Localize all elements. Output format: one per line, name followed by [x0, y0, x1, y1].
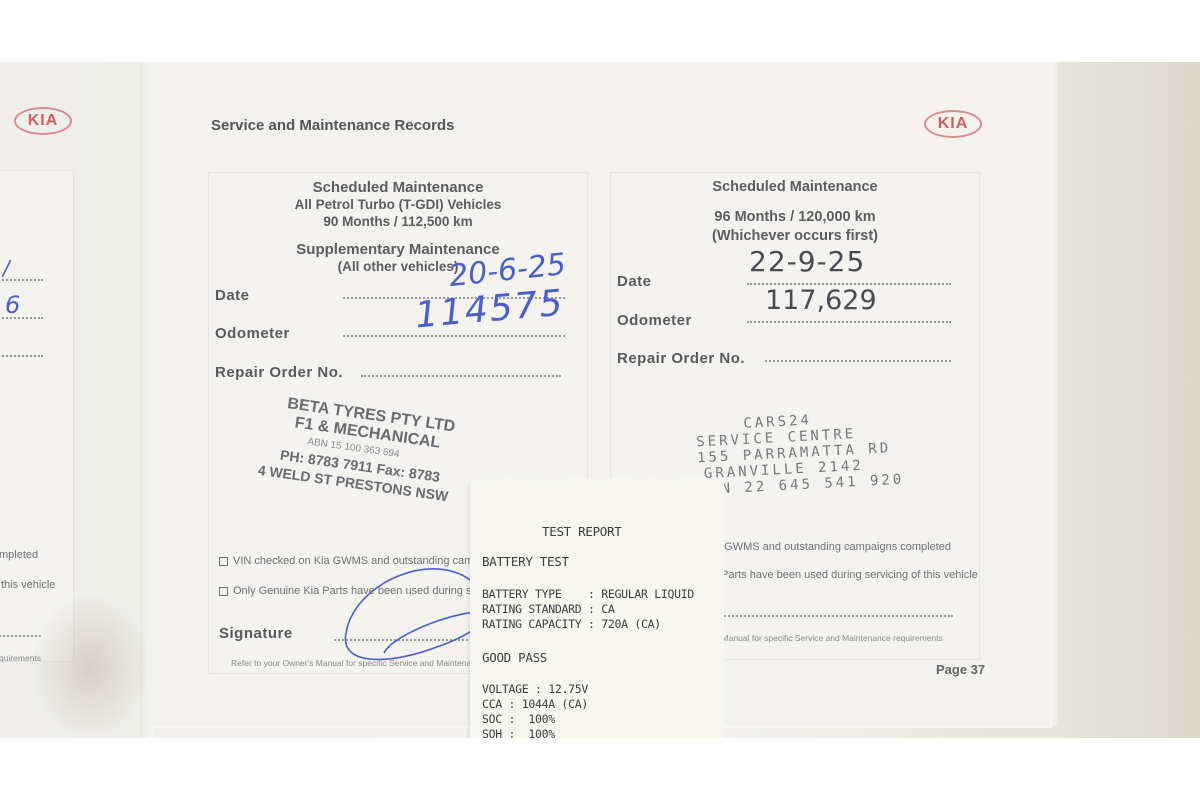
receipt-cca: CCA : 1044A (CA) [482, 697, 588, 711]
page-number: Page 37 [936, 662, 985, 677]
record-96-footnote: s Manual for specific Service and Mainte… [715, 633, 943, 643]
record-90-interval: 90 Months / 112,500 km [209, 214, 587, 229]
cars24-stamp: CARS24 SERVICE CENTRE 155 PARRAMATTA RD … [695, 408, 905, 499]
record-96-check-parts[interactable]: Parts have been used during servicing of… [721, 569, 978, 581]
record-96-heading: Scheduled Maintenance [611, 179, 979, 195]
record-90-odometer-field[interactable] [343, 335, 565, 337]
record-96-odometer-field[interactable] [747, 321, 951, 323]
record-90-date-label: Date [215, 287, 250, 304]
left-handwritten-date: / [3, 256, 10, 280]
record-96-odometer-value: 117,629 [765, 285, 877, 316]
record-90-odometer-value: 114575 [413, 283, 565, 337]
kia-logo-right: KIA [924, 110, 982, 138]
record-96-signature-field[interactable] [721, 615, 953, 617]
kia-logo-left: KIA [14, 107, 72, 135]
record-90-repair-label: Repair Order No. [215, 364, 343, 381]
record-96-check-vin[interactable]: a GWMS and outstanding campaigns complet… [715, 541, 951, 553]
left-date-dots [0, 279, 43, 281]
photo-background: KIA / 6 mpleted this vehicle quirements … [0, 62, 1200, 738]
battery-test-receipt: TEST REPORT BATTERY TEST BATTERY TYPE : … [470, 484, 724, 738]
receipt-test-name: BATTERY TEST [482, 554, 569, 569]
record-90-heading: Scheduled Maintenance [209, 179, 587, 196]
record-90-odometer-label: Odometer [215, 325, 290, 342]
smudge [30, 592, 150, 738]
checkbox-icon[interactable] [219, 587, 228, 596]
left-handwritten-odometer: 6 [5, 291, 20, 319]
record-90-signature-label: Signature [219, 625, 293, 642]
receipt-soh: SOH : 100% [482, 727, 555, 738]
record-96-repair-field[interactable] [765, 360, 951, 362]
left-odometer-dots [0, 317, 43, 319]
left-check2-fragment: this vehicle [1, 579, 55, 591]
receipt-battery-type: BATTERY TYPE : REGULAR LIQUID [482, 587, 694, 601]
record-96-repair-label: Repair Order No. [617, 350, 745, 367]
record-90-repair-field[interactable] [361, 375, 561, 377]
receipt-soc: SOC : 100% [482, 712, 555, 726]
record-96-odometer-label: Odometer [617, 312, 692, 329]
receipt-result: GOOD PASS [482, 650, 547, 665]
receipt-title: TEST REPORT [542, 524, 621, 539]
record-96-interval-note: (Whichever occurs first) [611, 228, 979, 244]
receipt-rating-standard: RATING STANDARD : CA [482, 602, 614, 616]
page-edge [1050, 62, 1058, 726]
record-96-date-label: Date [617, 273, 652, 290]
left-check1-fragment: mpleted [0, 549, 38, 561]
left-record-box: / 6 mpleted this vehicle quirements [0, 170, 74, 662]
receipt-voltage: VOLTAGE : 12.75V [482, 682, 588, 696]
left-repair-dots [0, 355, 43, 357]
page-title: Service and Maintenance Records [211, 117, 454, 134]
record-90-subheading: All Petrol Turbo (T-GDI) Vehicles [209, 197, 587, 212]
checkbox-icon[interactable] [219, 557, 228, 566]
receipt-rating-capacity: RATING CAPACITY : 720A (CA) [482, 617, 661, 631]
record-96-interval: 96 Months / 120,000 km [611, 209, 979, 225]
record-96-date-value: 22-9-25 [749, 245, 865, 278]
